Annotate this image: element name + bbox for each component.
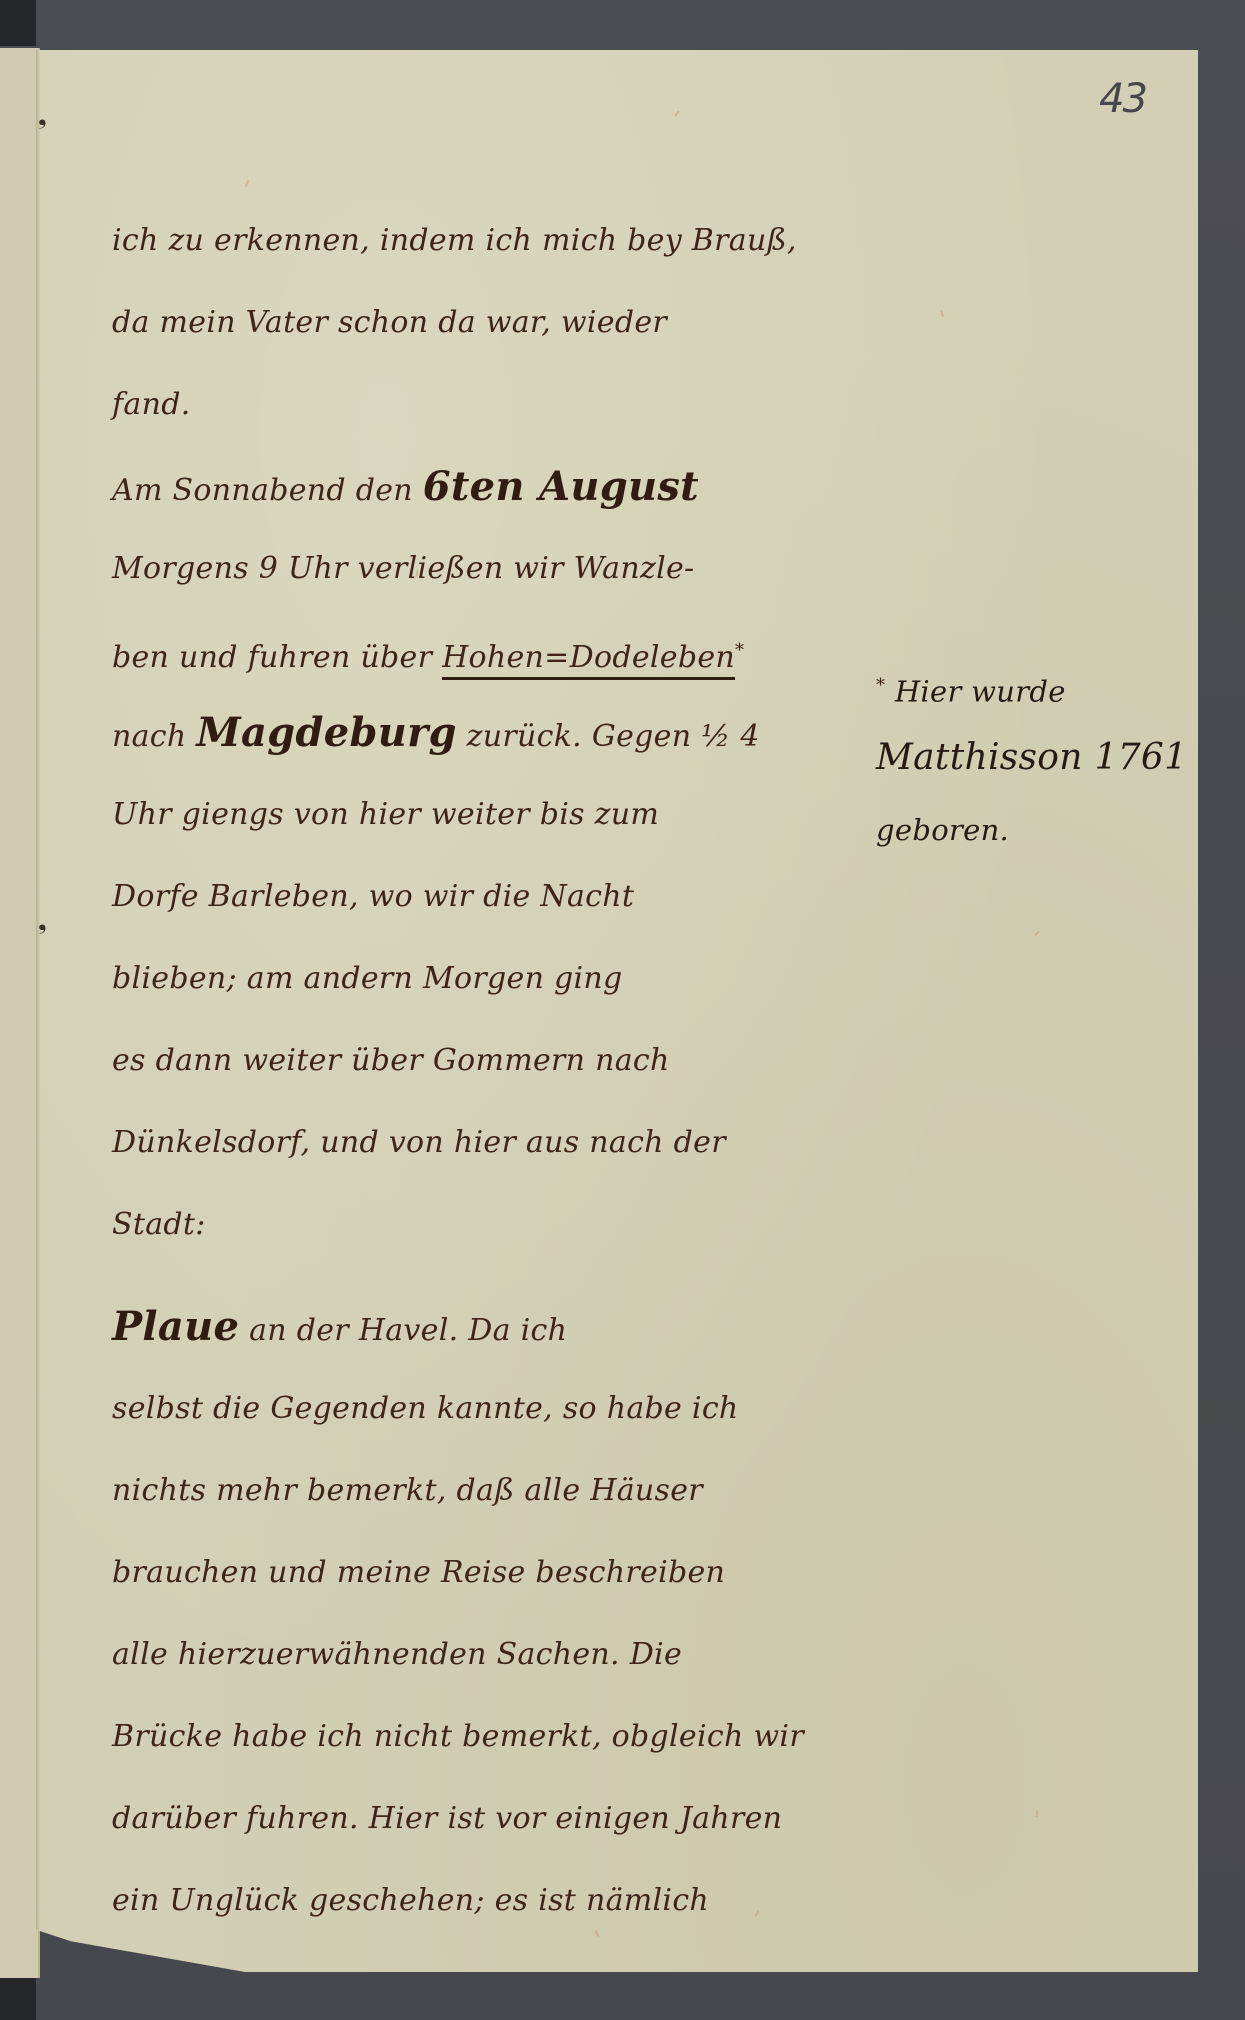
text-line: darüber fuhren. Hier ist vor einigen Jah… — [112, 1778, 902, 1860]
text-line: nichts mehr bemerkt, daß alle Häuser — [112, 1450, 902, 1532]
main-text-block: ich zu erkennen, indem ich mich bey Brau… — [112, 200, 902, 1942]
margin-note-line: geboren. — [876, 794, 1176, 866]
text-line-date: Am Sonnabend den 6ten August — [112, 446, 902, 528]
paper-fleck — [674, 110, 680, 117]
text-line: Brücke habe ich nicht bemerkt, obgleich … — [112, 1696, 902, 1778]
margin-note-line: Matthisson 1761 — [876, 722, 1176, 794]
text-line-underlined: ben und fuhren über Hohen=Dodeleben* — [112, 610, 902, 692]
text-line: ich zu erkennen, indem ich mich bey Brau… — [112, 200, 902, 282]
text-fragment: nach — [112, 719, 196, 754]
text-line: fand. — [112, 364, 902, 446]
margin-note-line: * Hier wurde — [876, 650, 1176, 722]
text-line-heading-place: Plaue an der Havel. Da ich — [112, 1286, 902, 1368]
manuscript-page: ❟ ❟ 43 ich zu erkennen, indem ich mich b… — [36, 50, 1198, 1972]
binding-mark: ❟ — [38, 910, 47, 935]
text-line: selbst die Gegenden kannte, so habe ich — [112, 1368, 902, 1450]
text-line: blieben; am andern Morgen ging — [112, 938, 902, 1020]
text-line: Morgens 9 Uhr verließen wir Wanzle- — [112, 528, 902, 610]
margin-annotation: * Hier wurde Matthisson 1761 geboren. — [876, 650, 1176, 866]
text-line: da mein Vater schon da war, wieder — [112, 282, 902, 364]
text-line: ein Unglück geschehen; es ist nämlich — [112, 1860, 902, 1942]
text-fragment: an der Havel. Da ich — [239, 1313, 567, 1348]
place-name-underlined: Hohen=Dodeleben — [442, 640, 735, 680]
paper-fleck — [245, 180, 249, 187]
text-line: brauchen und meine Reise beschreiben — [112, 1532, 902, 1614]
footnote-marker: * — [876, 675, 885, 696]
footnote-marker: * — [735, 640, 744, 661]
place-emphasis: Magdeburg — [196, 709, 456, 756]
binding-mark: ❟ — [38, 105, 47, 130]
text-fragment: ben und fuhren über — [112, 640, 442, 675]
page-number: 43 — [1099, 76, 1146, 122]
text-line: Dünkelsdorf, und von hier aus nach der — [112, 1102, 902, 1184]
paper-fleck — [940, 310, 944, 317]
margin-note-text: Hier wurde — [895, 675, 1066, 709]
text-fragment: zurück. Gegen ½ 4 — [457, 719, 760, 754]
date-emphasis: 6ten August — [423, 463, 699, 510]
place-emphasis: Plaue — [112, 1303, 239, 1350]
text-line-place: nach Magdeburg zurück. Gegen ½ 4 — [112, 692, 902, 774]
previous-page-edge — [0, 48, 40, 1978]
paper-fleck — [1034, 930, 1040, 937]
text-line: Uhr giengs von hier weiter bis zum — [112, 774, 902, 856]
text-fragment: Am Sonnabend den — [112, 473, 423, 508]
text-line: es dann weiter über Gommern nach — [112, 1020, 902, 1102]
text-line: alle hierzuerwähnenden Sachen. Die — [112, 1614, 902, 1696]
spine-fold — [36, 50, 40, 1972]
binding-top — [0, 0, 36, 46]
margin-note-text: Matthisson 1761 — [876, 737, 1187, 778]
text-line: Dorfe Barleben, wo wir die Nacht — [112, 856, 902, 938]
paper-fleck — [1036, 1810, 1039, 1817]
text-line: Stadt: — [112, 1184, 902, 1266]
